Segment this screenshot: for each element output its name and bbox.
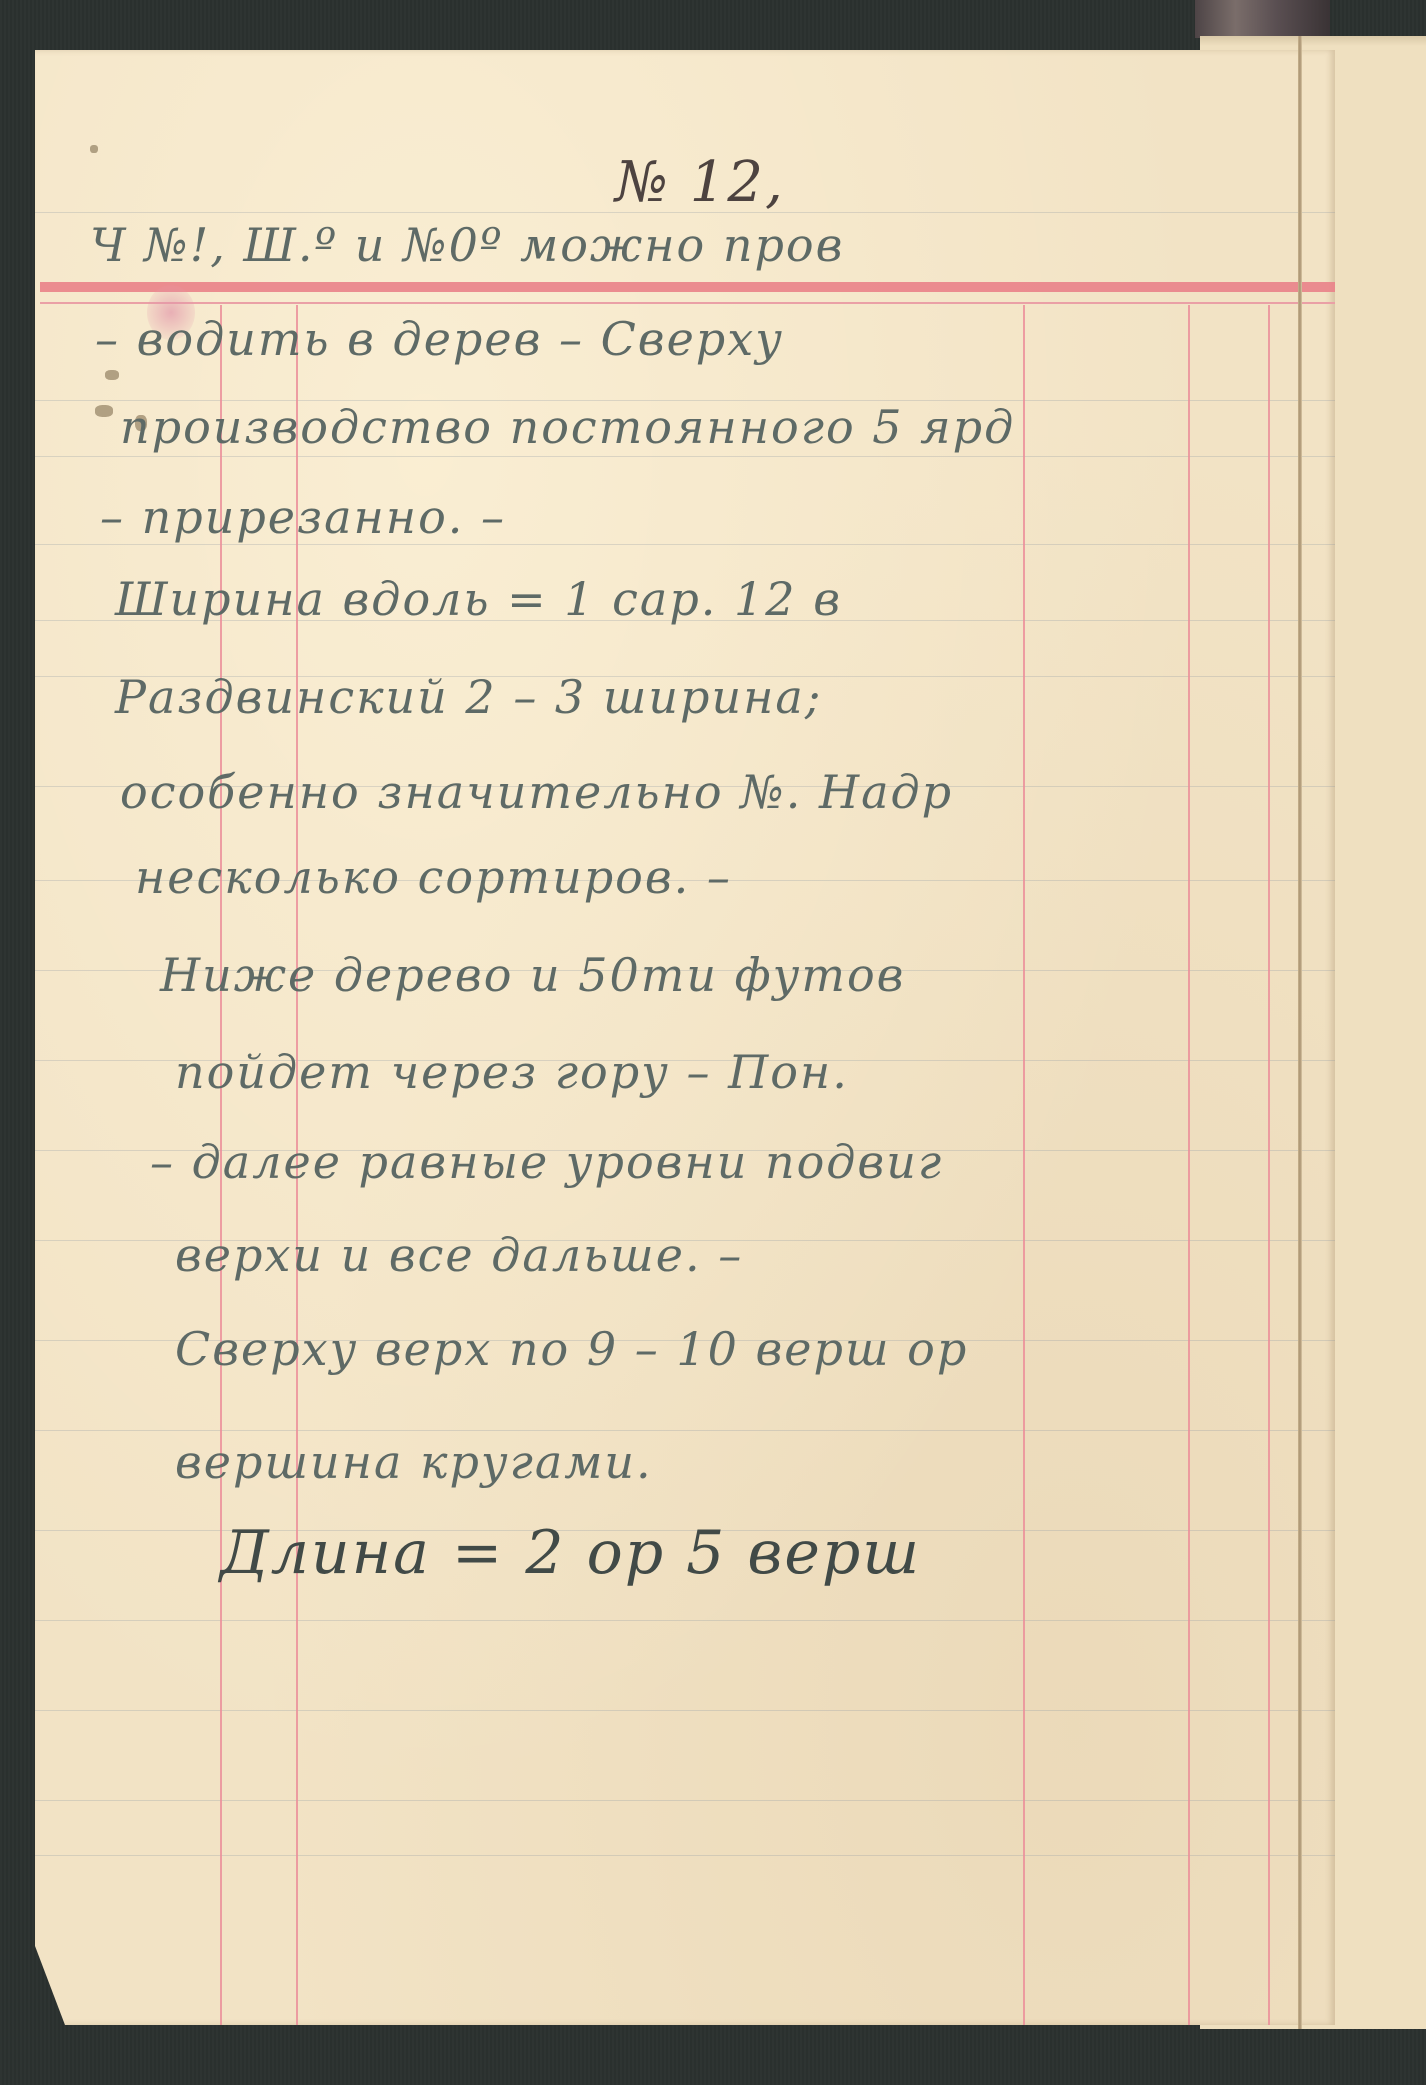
column-rule	[1268, 305, 1270, 2025]
binding-spine	[1195, 0, 1330, 38]
column-rule	[1023, 305, 1025, 2025]
ruled-line	[35, 1710, 1426, 1711]
dirt-spot	[105, 370, 119, 380]
ruled-line	[35, 1855, 1426, 1856]
handwritten-line: Сверху верх по 9 – 10 верш ор	[175, 1322, 968, 1376]
page-number-heading: № 12,	[615, 150, 785, 215]
ruled-line	[35, 544, 1426, 545]
handwritten-total-line: Длина = 2 ор 5 верш	[220, 1518, 921, 1588]
handwritten-line: вершина кругами.	[175, 1435, 653, 1489]
ruled-line	[35, 1800, 1426, 1801]
dirt-spot	[95, 405, 113, 417]
adjacent-page-edge	[1200, 36, 1426, 46]
ruled-line	[35, 456, 1426, 457]
page-fold	[1298, 36, 1302, 2029]
handwritten-line: несколько сортиров. –	[135, 850, 732, 904]
handwritten-line: пойдет через гору – Пон.	[175, 1045, 849, 1099]
handwritten-line: – далее равные уровни подвиг	[150, 1135, 943, 1189]
ruled-line	[35, 1620, 1426, 1621]
handwritten-line: Ч №!, Ш.º и №0º можно пров	[90, 218, 844, 272]
handwritten-line: – прирезанно. –	[100, 490, 506, 544]
handwritten-line: Ширина вдоль = 1 сар. 12 в	[115, 572, 842, 626]
handwritten-line: особенно значительно №. Надр	[120, 765, 953, 819]
column-rule	[1188, 305, 1190, 2025]
handwritten-line: Раздвинский 2 – 3 ширина;	[115, 670, 822, 724]
handwritten-line: производство постоянного 5 ярд	[120, 400, 1015, 454]
dirt-spot	[90, 145, 98, 153]
handwritten-line: Ниже дерево и 50ти футов	[160, 948, 905, 1002]
ruled-line	[35, 1430, 1426, 1431]
notebook-page: № 12, Ч №!, Ш.º и №0º можно пров – водит…	[35, 50, 1335, 2025]
header-thin-rule	[40, 302, 1426, 304]
handwritten-line: верхи и все дальше. –	[175, 1228, 743, 1282]
header-red-rule	[40, 282, 1426, 292]
handwritten-line: – водить в дерев – Сверху	[95, 312, 784, 366]
